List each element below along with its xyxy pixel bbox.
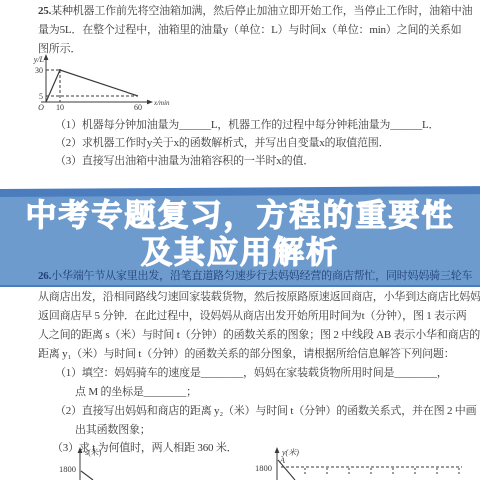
q25-number: 25.	[38, 5, 51, 17]
q26-part-2b: 出其函数图象；	[75, 424, 151, 437]
q25-xtick-10: 10	[56, 103, 64, 112]
q26-line-4: 人之间的距离 s（米）与时间 t（分钟）的函数关系的图象；图 2 中线段 AB …	[38, 329, 480, 342]
q26-figures: s(米) 1800 y(米) 1800 A	[0, 446, 480, 480]
q25-peak-point	[59, 69, 61, 71]
q25-x-axis-label: x/min	[153, 99, 170, 107]
banner-top-strip	[0, 186, 480, 197]
q25-part-1: （1）机器每分钟加油量为______L，机器工作的过程中每分钟耗油量为_____…	[55, 119, 439, 132]
fig1-y-axis-label: s(米)	[85, 447, 102, 457]
q25-xtick-60: 60	[134, 103, 142, 112]
q25-ytick-30: 30	[35, 66, 43, 75]
fig2-segment-ab	[278, 460, 295, 480]
q25-line-2: 量为5L．在整个过程中，油箱里的油量y（单位：L）与时间x（单位：min）之间的…	[38, 24, 461, 37]
q25-y-axis-label: y/L	[33, 55, 45, 64]
q26-figure-2: y(米) 1800 A	[255, 447, 462, 480]
fig1-ytick-1800: 1800	[59, 464, 76, 474]
fig2-point-a-label: A	[279, 456, 285, 465]
exam-page: 25.某种机器工作前先将空油箱加满，然后停止加油立即开始工作，当停止工作时，油箱…	[0, 0, 480, 480]
q26-line-2: 从商店出发，沿相同路线匀速回家装载货物，然后按原路原速返回商店，小华到达商店比妈…	[38, 291, 480, 304]
q25-part-2: （2）求机器工作时y关于x的函数解析式，并写出自变量x的取值范围．	[55, 137, 389, 150]
q26-part-1b: 点 M 的坐标是________；	[75, 386, 197, 399]
q25-figure: y/L 30 5 O 10 60 x/min	[26, 53, 178, 115]
q26-line-3: 返回商店早 5 分钟．在此过程中，设妈妈从商店出发开始所用时间为t（分钟），图 …	[38, 310, 467, 323]
q26-line-5: 距离 y₁（米）与时间 t（分钟）的函数关系的部分图象，请根据所给信息解答下列问…	[38, 348, 455, 361]
y-axis-arrow-icon	[44, 54, 49, 60]
q26-line-1-text: 小华端午节从家里出发，沿笔直道路匀速步行去妈妈经营的商店帮忙，同时妈妈骑三轮车	[51, 270, 472, 282]
q25-ytick-5: 5	[39, 92, 43, 101]
fig2-y-axis-arrow-icon	[275, 447, 280, 453]
banner-title-line-1: 中考专题复习，方程的重要性	[0, 200, 480, 231]
fig2-ytick-1800: 1800	[255, 463, 272, 473]
banner-title-line-2: 及其应用解析	[0, 237, 480, 268]
q25-part-3: （3）直接写出油箱中油量为油箱容积的一半时x的值．	[55, 155, 314, 168]
q25-line-1-text: 某种机器工作前先将空油箱加满，然后停止加油立即开始工作，当停止工作时，油箱中油	[51, 5, 472, 17]
title-banner: 26.小华端午节从家里出发，沿笔直道路匀速步行去妈妈经营的商店帮忙，同时妈妈骑三…	[0, 189, 480, 287]
x-axis-arrow-icon	[147, 100, 153, 105]
fig2-grid-ticks	[305, 468, 459, 474]
q26-part-2a: （2）直接写出妈妈和商店的距离 y₂（米）与时间 t（分钟）的函数关系式，并在图…	[55, 405, 476, 418]
q26-line-1-under-banner: 26.小华端午节从家里出发，沿笔直道路匀速步行去妈妈经营的商店帮忙，同时妈妈骑三…	[38, 270, 472, 283]
q26-part-1a: （1）填空：妈妈骑车的速度是________，妈妈在家装载货物所用时间是____…	[55, 367, 448, 380]
q26-number: 26.	[38, 270, 51, 282]
fig1-y-axis-arrow-icon	[78, 447, 83, 453]
q25-origin: O	[38, 103, 44, 112]
q25-line-1: 25.某种机器工作前先将空油箱加满，然后停止加油立即开始工作，当停止工作时，油箱…	[38, 5, 472, 18]
q26-figure-1: s(米) 1800	[59, 447, 102, 480]
fig1-plot-line	[81, 471, 93, 480]
